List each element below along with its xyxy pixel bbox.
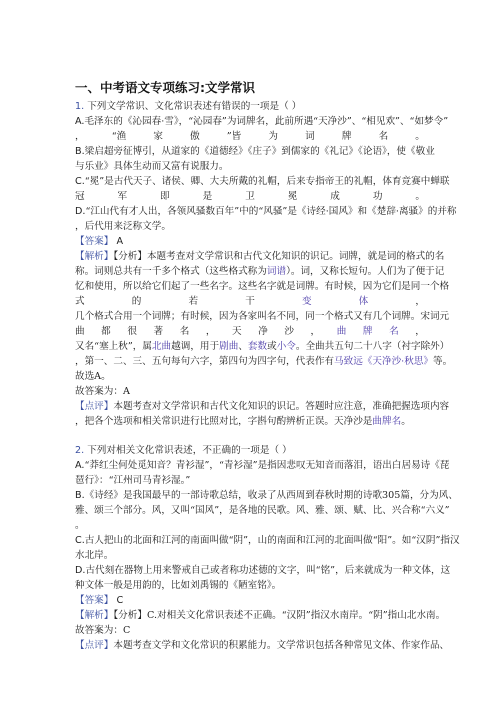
link-tianjingsha-qiusi[interactable]: 马致远《天净沙·秋思》 (334, 356, 433, 367)
spread-char: 若 (188, 294, 198, 309)
spread-char: ”皆 (227, 129, 242, 144)
text: ，第一、二、三、五句每句六字，第四句为四字句，代表作有 (75, 356, 334, 367)
q1-d-line1: “江山代有才人出，各领风骚数百年”中的“风骚”是《诗经·国风》和《楚辞·离骚》的… (85, 206, 456, 217)
q2-stem-text: 下列对相关文化常识表述，不正确的一项是（ ） (87, 445, 292, 456)
q2-c-line1: 古人把山的北面和江河的南面叫做“阴”，山的南面和江河的北面叫做“阳”。如“汉阴”… (85, 535, 460, 546)
q2-stem: 2. 下列对相关文化常识表述，不正确的一项是（ ） (75, 443, 425, 458)
q2-final-answer: 故答案为：C (75, 623, 425, 638)
q1-c-line2: 冠军即是卫冕成功。 (75, 189, 425, 204)
spread-char: ， (75, 129, 85, 144)
q1-option-b: B.梁启超旁征博引，从道家的《道德经》《庄子》到儒家的《礼记》《论语》，使《敬业 (75, 144, 425, 159)
q1-analysis-line4: 式的若干变体， (75, 294, 425, 309)
q2-a-line2: 琶行》：“江州司马青衫湿。” (75, 473, 425, 488)
comment-tag: 【点评】 (75, 401, 113, 412)
q2-option-a: A.“莽红尘何处觅知音？青衫湿”，“青衫湿”是指因悲叹无知音而落泪，语出白居易诗… (75, 458, 425, 473)
link-xiaoling[interactable]: 小令 (277, 341, 296, 352)
q2-d-label: D. (75, 565, 85, 576)
text: 本题考查文学和文化常识的积累能力。文学常识包括各种常见文体、作家作品、 (113, 640, 449, 651)
q2-number: 2. (75, 445, 84, 456)
spread-char[interactable]: 牌 (363, 324, 373, 339)
q1-analysis-line6: 曲都很著名，天净沙，曲牌名， (75, 324, 425, 339)
spread-char[interactable]: 变 (302, 294, 312, 309)
spread-char: 干 (245, 294, 255, 309)
spread-char: 即 (160, 189, 170, 204)
spread-char: ， (311, 324, 321, 339)
spread-char: 傲 (190, 129, 200, 144)
q1-d-label: D. (75, 206, 85, 217)
section-title: 一、中考语文专项练习:文学常识 (75, 80, 425, 96)
q2-c-line2: 水北岸。 (75, 548, 425, 563)
link-qupaiming[interactable]: 曲牌名 (372, 416, 401, 427)
q2-c-label: C. (75, 535, 85, 546)
spread-char: 为 (268, 129, 278, 144)
spread-char: 。 (415, 189, 425, 204)
q2-option-c: C.古人把山的北面和江河的南面叫做“阴”，山的南面和江河的北面叫做“阳”。如“汉… (75, 533, 425, 548)
text: 。全曲共五句二十八字（衬字除外） (296, 341, 450, 352)
spread-char: 都 (101, 324, 111, 339)
q2-a-line1: “莽红尘何处觅知音？青衫湿”，“青衫湿”是指因悲叹无知音而落泪，语出白居易诗《琵 (84, 460, 449, 471)
spread-char: 牌 (342, 129, 352, 144)
q1-comment-line1: 【点评】本题考查对文学常识和古代文化知识的识记。答题时应注意，准确把握选项内容 (75, 399, 425, 414)
q1-a-line1: 毛泽东的《沁园春·雪》，“沁园春”为词牌名，此前所遇“天净沙”、“相见欢”、“如… (84, 116, 448, 127)
spread-char: 沙 (284, 324, 294, 339)
text: 。 (401, 416, 411, 427)
q1-analysis-line5: 几个格式合用一个词牌；有时候，因为各家叫名不同，同一个格式又有几个词牌。宋词元 (75, 309, 425, 324)
link-taoshu[interactable]: 套数 (248, 341, 267, 352)
q1-option-d: D.“江山代有才人出，各领风骚数百年”中的“风骚”是《诗经·国风》和《楚辞·离骚… (75, 204, 425, 219)
q1-final-answer: 故答案为：A (75, 384, 425, 399)
q2-b-line1: 《诗经》是我国最早的一部诗歌总结，收录了从西周到春秋时期的诗歌305篇，分为风、 (85, 490, 458, 501)
spread-char: 著 (154, 324, 164, 339)
q1-analysis-line2: 称。词则总共有一千多个格式（这些格式称为词谱）。词，又称长短句。人们为了便于记 (75, 264, 425, 279)
spread-char: ， (415, 324, 425, 339)
comment-tag: 【点评】 (75, 640, 113, 651)
q1-number: 1. (75, 101, 84, 112)
q1-c-line1: “冕”是古代天子、诸侯、卿、大夫所戴的礼帽，后来专指帝王的礼帽，体育竞赛中蝉联 (85, 176, 450, 187)
q1-b-label: B. (75, 146, 85, 157)
spread-char: 式 (75, 294, 85, 309)
q2-d-line2: 种文体一般是用韵的，比如刘禹锡的《陋室铭》。 (75, 578, 425, 593)
text: 、 (238, 341, 248, 352)
link-juqu[interactable]: 剧曲 (219, 341, 238, 352)
analysis-text: C.对相关文化常识表述不正确。“汉阴”指汉水南岸。“阴”指山北水南。 (147, 610, 445, 621)
answer-tag: 【答案】 (75, 595, 113, 606)
analysis-sub-tag: 【分析】 (113, 251, 147, 262)
q1-stem-text: 下列文学常识、文化常识表述有错误的一项是（ ） (87, 101, 301, 112)
document-page: 一、中考语文专项练习:文学常识 1. 下列文学常识、文化常识表述有错误的一项是（… (75, 80, 425, 653)
spread-char: 是 (203, 189, 213, 204)
q2-analysis-line1: 【解析】【分析】C.对相关文化常识表述不正确。“汉阴”指汉水南岸。“阴”指山北水… (75, 608, 425, 623)
q2-answer: 【答案】 C (75, 593, 425, 608)
spread-char: 卫 (245, 189, 255, 204)
spread-char: 。 (415, 129, 425, 144)
spread-char: 军 (118, 189, 128, 204)
spread-char: 名 (379, 129, 389, 144)
q1-c-label: C. (75, 176, 85, 187)
spread-char: 净 (258, 324, 268, 339)
q1-a-line2: ，“渔家傲”皆为词牌名。 (75, 129, 425, 144)
q1-analysis-line3: 忆和使用，所以给它们起了一些名字。这些名字就是词牌。有时候，因为它们是同一个格 (75, 279, 425, 294)
spread-char: 词 (305, 129, 315, 144)
q1-analysis-line7: 又名“塞上秋”，属北曲越调，用于剧曲、套数或小令。全曲共五句二十八字（衬字除外） (75, 339, 425, 354)
spread-char: 天 (232, 324, 242, 339)
spread-char[interactable]: 体 (359, 294, 369, 309)
spread-char: 很 (127, 324, 137, 339)
q1-b-line1: 梁启超旁征博引，从道家的《道德经》《庄子》到儒家的《礼记》《论语》，使《敬业 (85, 146, 435, 157)
q2-b-line2: 雅、颂三个部分。风，又叫“国风”，是各地的民歌。风、雅、颂、赋、比、兴合称“六义… (75, 503, 425, 518)
link-beiqu[interactable]: 北曲 (152, 341, 171, 352)
spread-char: ， (206, 324, 216, 339)
q2-b-line3: 。 (75, 518, 425, 533)
q1-stem: 1. 下列文学常识、文化常识表述有错误的一项是（ ） (75, 99, 425, 114)
spread-char[interactable]: 曲 (337, 324, 347, 339)
q2-d-line1: 古代刻在器物上用来警戒自己或者称功述德的文字，叫“铭”，后来就成为一种文体，这 (85, 565, 450, 576)
analysis-tag: 【解析】 (75, 610, 113, 621)
text: 本题考查对文学常识和古代文化知识的识记。答题时应注意，准确把握选项内容 (113, 401, 449, 412)
analysis-text: 本题考查对文学常识和古代文化知识的识记。词牌，就是词的格式的名 (147, 251, 444, 262)
q1-analysis-line1: 【解析】【分析】本题考查对文学常识和古代文化知识的识记。词牌，就是词的格式的名 (75, 249, 425, 264)
text: 越调，用于 (171, 341, 219, 352)
text: 等。 (433, 356, 452, 367)
spread-char: 功 (373, 189, 383, 204)
q2-comment-line1: 【点评】本题考查文学和文化常识的积累能力。文学常识包括各种常见文体、作家作品、 (75, 638, 425, 653)
q1-analysis-line8: ，第一、二、三、五句每句六字，第四句为四字句，代表作有马致远《天净沙·秋思》等。 (75, 354, 425, 369)
answer-value: C (116, 595, 123, 606)
q2-option-d: D.古代刻在器物上用来警戒自己或者称功述德的文字，叫“铭”，后来就成为一种文体，… (75, 563, 425, 578)
text: 称。词则总共有一千多个格式（这些格式称为 (75, 266, 267, 277)
q1-analysis-line9: 故选A。 (75, 369, 425, 384)
spread-char: ， (415, 294, 425, 309)
q2-b-label: B. (75, 490, 85, 501)
text: 又名“塞上秋”，属 (75, 341, 152, 352)
spread-char[interactable]: 名 (389, 324, 399, 339)
spread-char: 冕 (288, 189, 298, 204)
spread-char: 曲 (75, 324, 85, 339)
answer-tag: 【答案】 (75, 236, 113, 247)
spread-char: 成 (330, 189, 340, 204)
text: 或 (267, 341, 277, 352)
q1-d-line2: ，后代用来泛称文学。 (75, 219, 425, 234)
spacer (75, 429, 425, 443)
q1-option-a: A.毛泽东的《沁园春·雪》，“沁园春”为词牌名，此前所遇“天净沙”、“相见欢”、… (75, 114, 425, 129)
q2-option-b: B.《诗经》是我国最早的一部诗歌总结，收录了从西周到春秋时期的诗歌305篇，分为… (75, 488, 425, 503)
spread-char: 名 (180, 324, 190, 339)
answer-value: A (116, 236, 123, 247)
q1-comment-line2: ，把各个选项和相关常识进行比照对比，字斟句酌辨析正误。天净沙是曲牌名。 (75, 414, 425, 429)
text: ）。词，又称长短句。人们为了便于记 (286, 266, 444, 277)
q1-answer: 【答案】 A (75, 234, 425, 249)
q1-b-line2: 与乐业》具体生动而又富有说服力。 (75, 159, 425, 174)
analysis-tag: 【解析】 (75, 251, 113, 262)
spread-char: “渔 (112, 129, 127, 144)
link-cipu[interactable]: 词谱 (267, 266, 286, 277)
spread-char: 冠 (75, 189, 85, 204)
analysis-sub-tag: 【分析】 (113, 610, 147, 621)
spread-char: 的 (132, 294, 142, 309)
q1-option-c: C.“冕”是古代天子、诸侯、卿、大夫所戴的礼帽，后来专指帝王的礼帽，体育竞赛中蝉… (75, 174, 425, 189)
text: ，把各个选项和相关常识进行比照对比，字斟句酌辨析正误。天净沙是 (75, 416, 372, 427)
spread-char: 家 (153, 129, 163, 144)
